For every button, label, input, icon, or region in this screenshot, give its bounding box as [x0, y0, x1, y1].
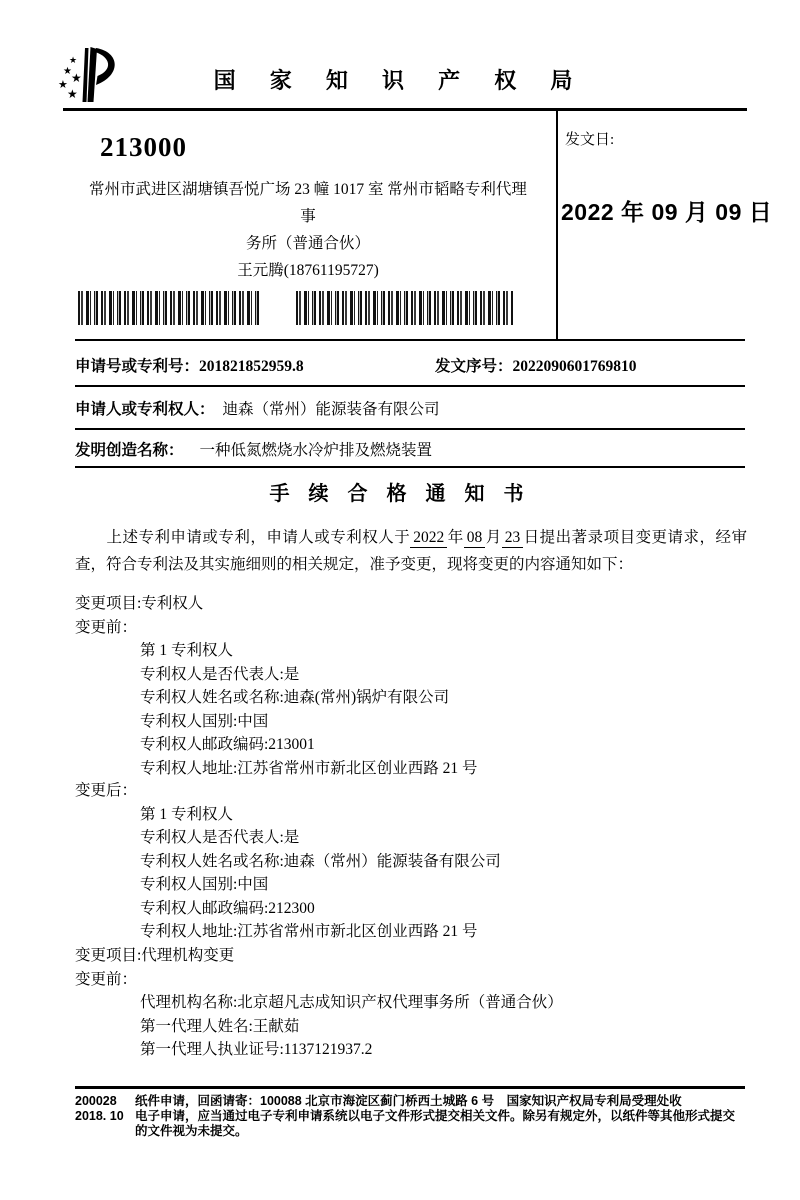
- change-section-patentee-before: 变更项目:专利权人 变更前： 第 1 专利权人 专利权人是否代表人:是 专利权人…: [75, 592, 745, 780]
- detail-line: 专利权人地址:江苏省常州市新北区创业西路 21 号: [140, 757, 745, 781]
- change-section-patentee-after: 变更后： 第 1 专利权人 专利权人是否代表人:是 专利权人姓名或名称:迪森（常…: [75, 779, 745, 944]
- change-year: 2022: [410, 528, 447, 548]
- address-box-divider: [556, 108, 558, 340]
- change-item-heading: 变更项目:代理机构变更: [75, 944, 745, 968]
- header-rule: [63, 108, 747, 111]
- address-line-1: 常州市武进区湖塘镇吾悦广场 23 幢 1017 室 常州市韬略专利代理事: [82, 176, 534, 230]
- applicant-value: 迪森（常州）能源装备有限公司: [223, 401, 440, 418]
- notice-body-paragraph: 上述专利申请或专利，申请人或专利权人于2022年08月23日提出著录项目变更请求…: [75, 524, 747, 578]
- detail-line: 第 1 专利权人: [140, 639, 745, 663]
- serial-number-group: 发文序号：2022090601769810: [435, 354, 637, 376]
- barcode-left: [78, 291, 259, 325]
- change-detail-list: 代理机构名称:北京超凡志成知识产权代理事务所（普通合伙） 第一代理人姓名:王献茹…: [140, 991, 745, 1062]
- detail-line: 第一代理人姓名:王献茹: [140, 1015, 745, 1039]
- form-number: 200028: [75, 1094, 135, 1109]
- detail-line: 专利权人地址:江苏省常州市新北区创业西路 21 号: [140, 920, 745, 944]
- change-detail-list: 第 1 专利权人 专利权人是否代表人:是 专利权人姓名或名称:迪森(常州)锅炉有…: [140, 639, 745, 780]
- row-divider: [75, 466, 745, 468]
- change-item-heading: 变更项目:专利权人: [75, 592, 745, 616]
- detail-line: 专利权人是否代表人:是: [140, 826, 745, 850]
- after-change-label: 变更后：: [75, 779, 745, 803]
- agency-title: 国 家 知 识 产 权 局: [0, 64, 800, 95]
- serial-number-label: 发文序号：: [435, 358, 513, 375]
- patent-notice-document: ★ ★ ★ ★ ★ 国 家 知 识 产 权 局 213000 常州市武进区湖塘镇…: [0, 0, 800, 1200]
- dispatch-date-value: 2022 年 09 月 09 日: [561, 194, 772, 227]
- applicant-row: 申请人或专利权人：迪森（常州）能源装备有限公司: [75, 397, 745, 419]
- detail-line: 专利权人姓名或名称:迪森(常州)锅炉有限公司: [140, 686, 745, 710]
- detail-line: 第一代理人执业证号:1137121937.2: [140, 1038, 745, 1062]
- footer-note-paper: 纸件申请，回函请寄：100088 北京市海淀区蓟门桥西土城路 6 号 国家知识产…: [135, 1094, 747, 1109]
- recipient-postal-code: 213000: [100, 132, 187, 163]
- invention-title-value: 一种低氮燃烧水冷炉排及燃烧装置: [200, 442, 433, 459]
- before-change-label: 变更前：: [75, 616, 745, 640]
- before-change-label: 变更前：: [75, 968, 745, 992]
- row-divider: [75, 428, 745, 430]
- row-divider: [75, 385, 745, 387]
- recipient-address: 常州市武进区湖塘镇吾悦广场 23 幢 1017 室 常州市韬略专利代理事 务所（…: [82, 176, 534, 284]
- change-month: 08: [464, 528, 486, 548]
- invention-title-row: 发明创造名称：一种低氮燃烧水冷炉排及燃烧装置: [75, 438, 745, 460]
- form-code-block: 200028 2018. 10: [75, 1094, 135, 1139]
- invention-title-label: 发明创造名称：: [75, 442, 184, 459]
- notice-title: 手 续 合 格 通 知 书: [0, 477, 800, 506]
- change-section-agency-before: 变更项目:代理机构变更 变更前： 代理机构名称:北京超凡志成知识产权代理事务所（…: [75, 944, 745, 1062]
- detail-line: 专利权人邮政编码:212300: [140, 897, 745, 921]
- dispatch-date-label: 发文日:: [565, 128, 614, 149]
- change-day: 23: [502, 528, 524, 548]
- address-line-2: 务所（普通合伙）: [82, 230, 534, 257]
- year-unit: 年: [447, 529, 463, 546]
- application-number-label: 申请号或专利号：: [75, 358, 199, 375]
- detail-line: 第 1 专利权人: [140, 803, 745, 827]
- applicant-label: 申请人或专利权人：: [75, 401, 215, 418]
- detail-line: 专利权人国别:中国: [140, 710, 745, 734]
- detail-line: 专利权人姓名或名称:迪森（常州）能源装备有限公司: [140, 850, 745, 874]
- application-number-value: 201821852959.8: [199, 358, 304, 375]
- month-unit: 月: [485, 529, 501, 546]
- address-box-bottom-rule: [75, 339, 745, 341]
- footer-rule: [75, 1086, 745, 1089]
- body-prefix: 上述专利申请或专利，申请人或专利权人于: [106, 529, 410, 546]
- detail-line: 代理机构名称:北京超凡志成知识产权代理事务所（普通合伙）: [140, 991, 745, 1015]
- change-detail-list: 第 1 专利权人 专利权人是否代表人:是 专利权人姓名或名称:迪森（常州）能源装…: [140, 803, 745, 944]
- footer-note-electronic: 电子申请，应当通过电子专利申请系统以电子文件形式提交相关文件。除另有规定外，以纸…: [135, 1109, 747, 1139]
- detail-line: 专利权人国别:中国: [140, 873, 745, 897]
- form-date: 2018. 10: [75, 1109, 135, 1124]
- serial-number-value: 2022090601769810: [513, 358, 637, 375]
- detail-line: 专利权人是否代表人:是: [140, 663, 745, 687]
- detail-line: 专利权人邮政编码:213001: [140, 733, 745, 757]
- footer: 200028 2018. 10 纸件申请，回函请寄：100088 北京市海淀区蓟…: [75, 1094, 747, 1139]
- barcode-right: [296, 291, 513, 325]
- footer-notes: 纸件申请，回函请寄：100088 北京市海淀区蓟门桥西土城路 6 号 国家知识产…: [135, 1094, 747, 1139]
- application-number-row: 申请号或专利号：201821852959.8 发文序号：202209060176…: [75, 354, 745, 376]
- recipient-contact: 王元腾(18761195727): [82, 257, 534, 284]
